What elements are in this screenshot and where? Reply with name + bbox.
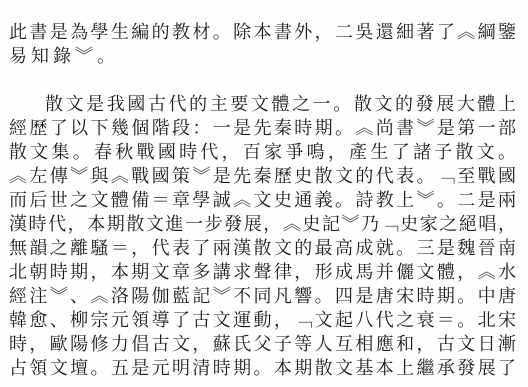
text-line: 散文是我國古代的主要文體之一。散文的發展大體上 [9, 93, 517, 117]
text-line: 易知錄︾。 [9, 45, 517, 69]
text-line: 北朝時期，本期文章多講求聲律，形成馬并儷文體，︽水 [9, 261, 517, 285]
text-line: 韓愈、柳宗元領導了古文運動，﹁文起八代之衰＝。北宋 [9, 309, 517, 333]
text-line: 而后世之文體備＝章學誠︽文史通義。詩教上︾。二是兩 [9, 189, 517, 213]
text-line: 經歷了以下幾個階段：一是先秦時期。︽尚書︾是第一部 [9, 117, 517, 141]
paragraph-2: 散文是我國古代的主要文體之一。散文的發展大體上 經歷了以下幾個階段：一是先秦時期… [9, 93, 517, 381]
text-line: 散文集。春秋戰國時代，百家爭鳴，產生了諸子散文。 [9, 141, 517, 165]
paragraph-1: 此書是為學生編的教材。除本書外，二吳還細著了︽綱鑒 易知錄︾。 [9, 21, 517, 69]
text-line: 經注︾、︽洛陽伽藍記︾不同凡響。四是唐宋時期。中唐 [9, 285, 517, 309]
text-line: ︽左傳︾與︽戰國策︾是先秦歷史散文的代表。﹁至戰國 [9, 165, 517, 189]
text-line: 此書是為學生編的教材。除本書外，二吳還細著了︽綱鑒 [9, 21, 517, 45]
text-line: 漢時代，本期散文進一步發展，︽史記︾乃﹁史家之絕唱， [9, 213, 517, 237]
scanned-document-page: 此書是為學生編的教材。除本書外，二吳還細著了︽綱鑒 易知錄︾。 散文是我國古代的… [0, 0, 528, 387]
text-line: 占領文壇。五是元明清時期。本期散文基本上繼承發展了 [9, 357, 517, 381]
text-line: 無韻之離騷＝，代表了兩漢散文的最高成就。三是魏晉南 [9, 237, 517, 261]
text-line: 時，歐陽修力倡古文，蘇氏父子等人互相應和，古文日漸 [9, 333, 517, 357]
